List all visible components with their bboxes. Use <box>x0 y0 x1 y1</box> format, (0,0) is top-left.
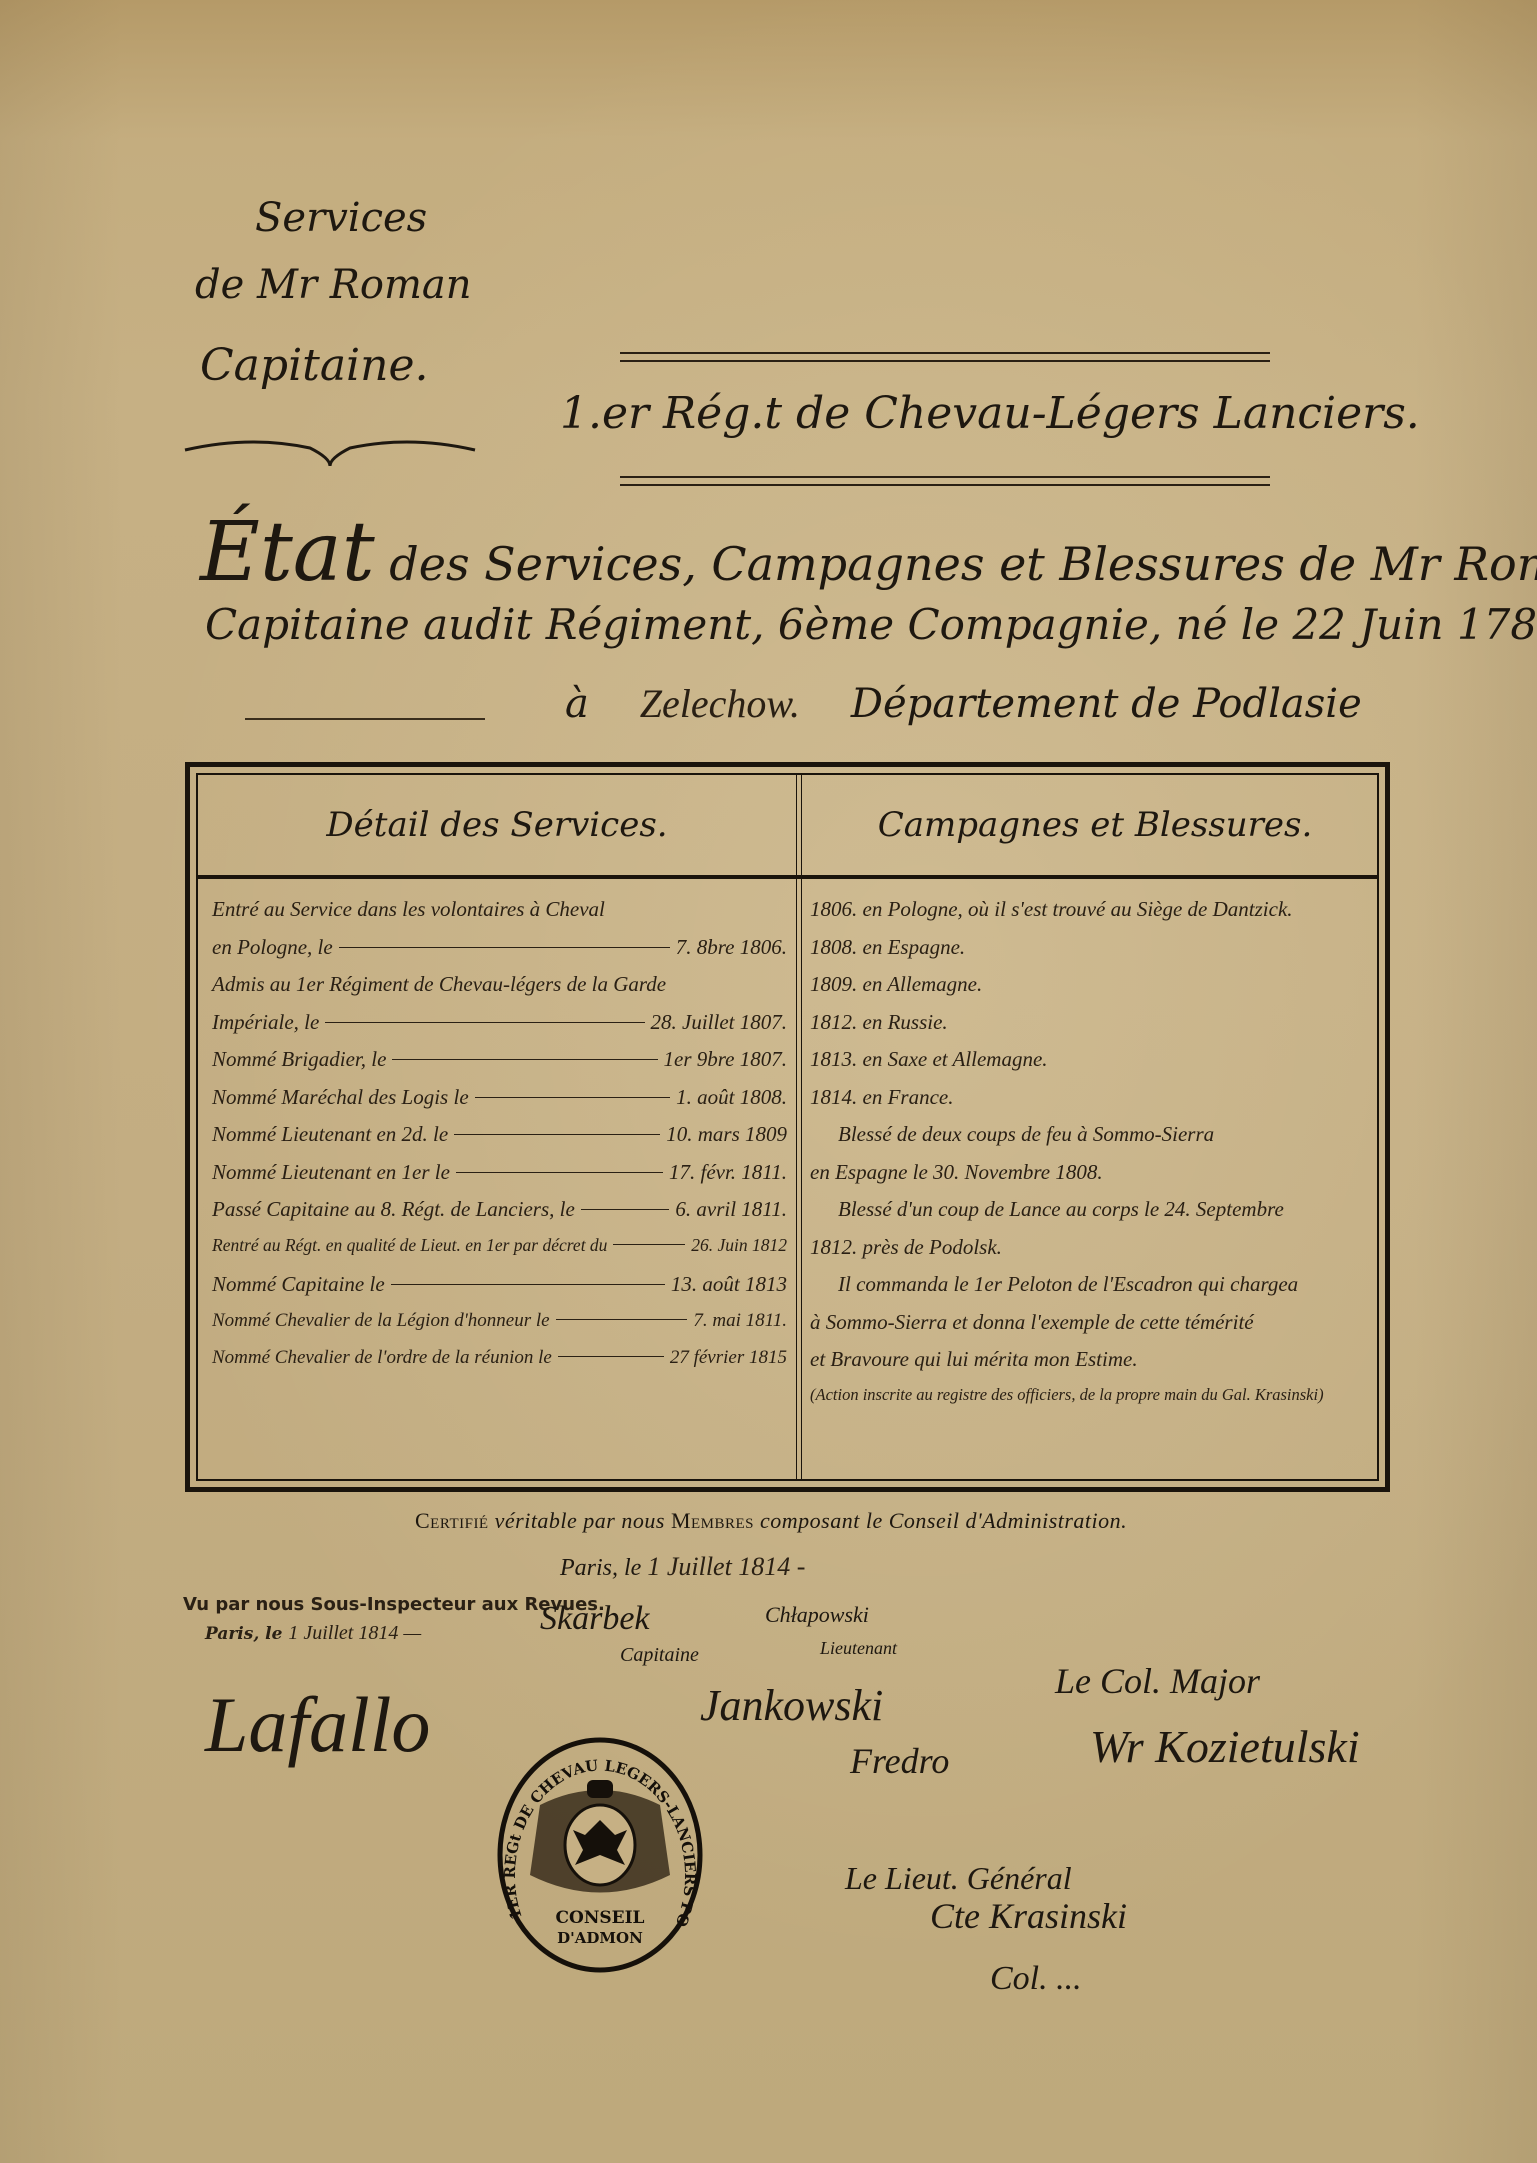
service-entry: en Pologne, le7. 8bre 1806. <box>212 935 787 973</box>
service-date: 13. août 1813 <box>671 1272 787 1297</box>
services-list: Entré au Service dans les volontaires à … <box>212 897 787 1385</box>
signature-skarbek: Skarbek <box>540 1600 650 1638</box>
signature-colonel: Col. ... <box>990 1960 1082 1998</box>
services-table-inner: Détail des Services. Campagnes et Blessu… <box>196 773 1379 1481</box>
department: Département de Podlasie <box>851 681 1362 727</box>
title-line3: à Zelechow. Département de Podlasie <box>565 680 1362 727</box>
service-date: 1. août 1808. <box>676 1085 787 1110</box>
service-entry: Nommé Capitaine le13. août 1813 <box>212 1272 787 1310</box>
service-date: 28. Juillet 1807. <box>651 1010 787 1035</box>
header-rule <box>198 875 1377 879</box>
colonel-major-label: Le Col. Major <box>1055 1660 1260 1702</box>
column-divider <box>796 775 802 1479</box>
service-entry: Nommé Lieutenant en 1er le17. févr. 1811… <box>212 1160 787 1198</box>
certification-statement: Certifié véritable par nous Membres comp… <box>415 1508 1127 1534</box>
signature-skarbek-title: Capitaine <box>620 1644 699 1667</box>
service-date: 17. févr. 1811. <box>669 1160 787 1185</box>
campaign-entry: 1813. en Saxe et Allemagne. <box>810 1047 1385 1085</box>
signature-chlapowski-title: Lieutenant <box>820 1638 897 1659</box>
regimental-seal-icon: 1ER REGt DE CHEVAU LEGERS-LANCIERS POLON… <box>495 1735 705 1975</box>
rank-label: Capitaine. <box>200 340 429 391</box>
certification-date: Paris, le 1 Juillet 1814 - <box>560 1552 805 1582</box>
service-date: 6. avril 1811. <box>675 1197 787 1222</box>
lieutenant-general-label: Le Lieut. Général <box>845 1860 1072 1897</box>
blank-rule <box>245 718 485 720</box>
service-entry: Rentré au Régt. en qualité de Lieut. en … <box>212 1235 787 1273</box>
double-rule-top <box>620 352 1270 362</box>
birthplace: Zelechow. <box>640 681 800 726</box>
citation-entry: et Bravoure qui lui mérita mon Estime. <box>810 1347 1385 1385</box>
service-entry: Nommé Chevalier de l'ordre de la réunion… <box>212 1347 787 1385</box>
campaign-entry: 1806. en Pologne, où il s'est trouvé au … <box>810 897 1385 935</box>
wound-entry: 1812. près de Podolsk. <box>810 1235 1385 1273</box>
service-entry: Nommé Chevalier de la Légion d'honneur l… <box>212 1310 787 1348</box>
campaign-entry: 1808. en Espagne. <box>810 935 1385 973</box>
flourish-ornament-icon <box>180 430 480 470</box>
service-date: 1er 9bre 1807. <box>664 1047 787 1072</box>
column-header-campaigns: Campagnes et Blessures. <box>800 805 1390 845</box>
service-entry: Admis au 1er Régiment de Chevau-légers d… <box>212 972 787 1010</box>
campaign-entry: 1812. en Russie. <box>810 1010 1385 1048</box>
wound-entry: en Espagne le 30. Novembre 1808. <box>810 1160 1385 1198</box>
signature-krasinski: Cte Krasinski <box>930 1895 1127 1937</box>
service-entry: Passé Capitaine au 8. Régt. de Lanciers,… <box>212 1197 787 1235</box>
document-title: État des Services, Campagnes et Blessure… <box>200 505 1537 600</box>
service-date: 10. mars 1809 <box>666 1122 787 1147</box>
citation-note: (Action inscrite au registre des officie… <box>810 1385 1385 1423</box>
service-date: 26. Juin 1812 <box>691 1235 787 1256</box>
signature-kozietulski: Wr Kozietulski <box>1090 1720 1360 1773</box>
seal-center-line1: CONSEIL <box>555 1908 644 1928</box>
campaign-entry: 1814. en France. <box>810 1085 1385 1123</box>
service-entry: Nommé Lieutenant en 2d. le10. mars 1809 <box>212 1122 787 1160</box>
service-entry: Impériale, le28. Juillet 1807. <box>212 1010 787 1048</box>
campaign-entry: 1809. en Allemagne. <box>810 972 1385 1010</box>
column-header-services: Détail des Services. <box>198 805 796 845</box>
inspector-date: Paris, le 1 Juillet 1814 — <box>205 1622 421 1645</box>
service-entry: Entré au Service dans les volontaires à … <box>212 897 787 935</box>
services-label: Services <box>255 195 427 241</box>
services-table: Détail des Services. Campagnes et Blessu… <box>185 762 1390 1492</box>
signature-jankowski: Jankowski <box>700 1680 883 1731</box>
birthplace-prefix: à <box>565 681 589 727</box>
title-line1-rest: des Services, Campagnes et Blessures de … <box>375 537 1537 591</box>
wound-entry: Blessé d'un coup de Lance au corps le 24… <box>810 1197 1385 1235</box>
citation-entry: Il commanda le 1er Peloton de l'Escadron… <box>810 1272 1385 1310</box>
services-name: de Mr Roman <box>195 262 472 308</box>
etat-initial: État <box>200 505 375 600</box>
regiment-title: 1.er Rég.t de Chevau-Légers Lanciers. <box>560 388 1420 439</box>
service-date: 7. 8bre 1806. <box>676 935 787 960</box>
signature-chlapowski: Chłapowski <box>765 1602 869 1628</box>
seal-center-line2: D'ADMON <box>557 1929 643 1947</box>
service-entry: Nommé Maréchal des Logis le1. août 1808. <box>212 1085 787 1123</box>
title-line2: Capitaine audit Régiment, 6ème Compagnie… <box>205 600 1537 649</box>
service-date: 27 février 1815 <box>670 1347 787 1369</box>
service-entry: Nommé Brigadier, le1er 9bre 1807. <box>212 1047 787 1085</box>
campaigns-list: 1806. en Pologne, où il s'est trouvé au … <box>810 897 1385 1422</box>
signature-lafallo: Lafallo <box>205 1680 430 1770</box>
wound-entry: Blessé de deux coups de feu à Sommo-Sier… <box>810 1122 1385 1160</box>
citation-entry: à Sommo-Sierra et donna l'exemple de cet… <box>810 1310 1385 1348</box>
signature-fredro: Fredro <box>850 1740 949 1782</box>
service-date: 7. mai 1811. <box>693 1310 787 1332</box>
double-rule-bottom <box>620 476 1270 486</box>
